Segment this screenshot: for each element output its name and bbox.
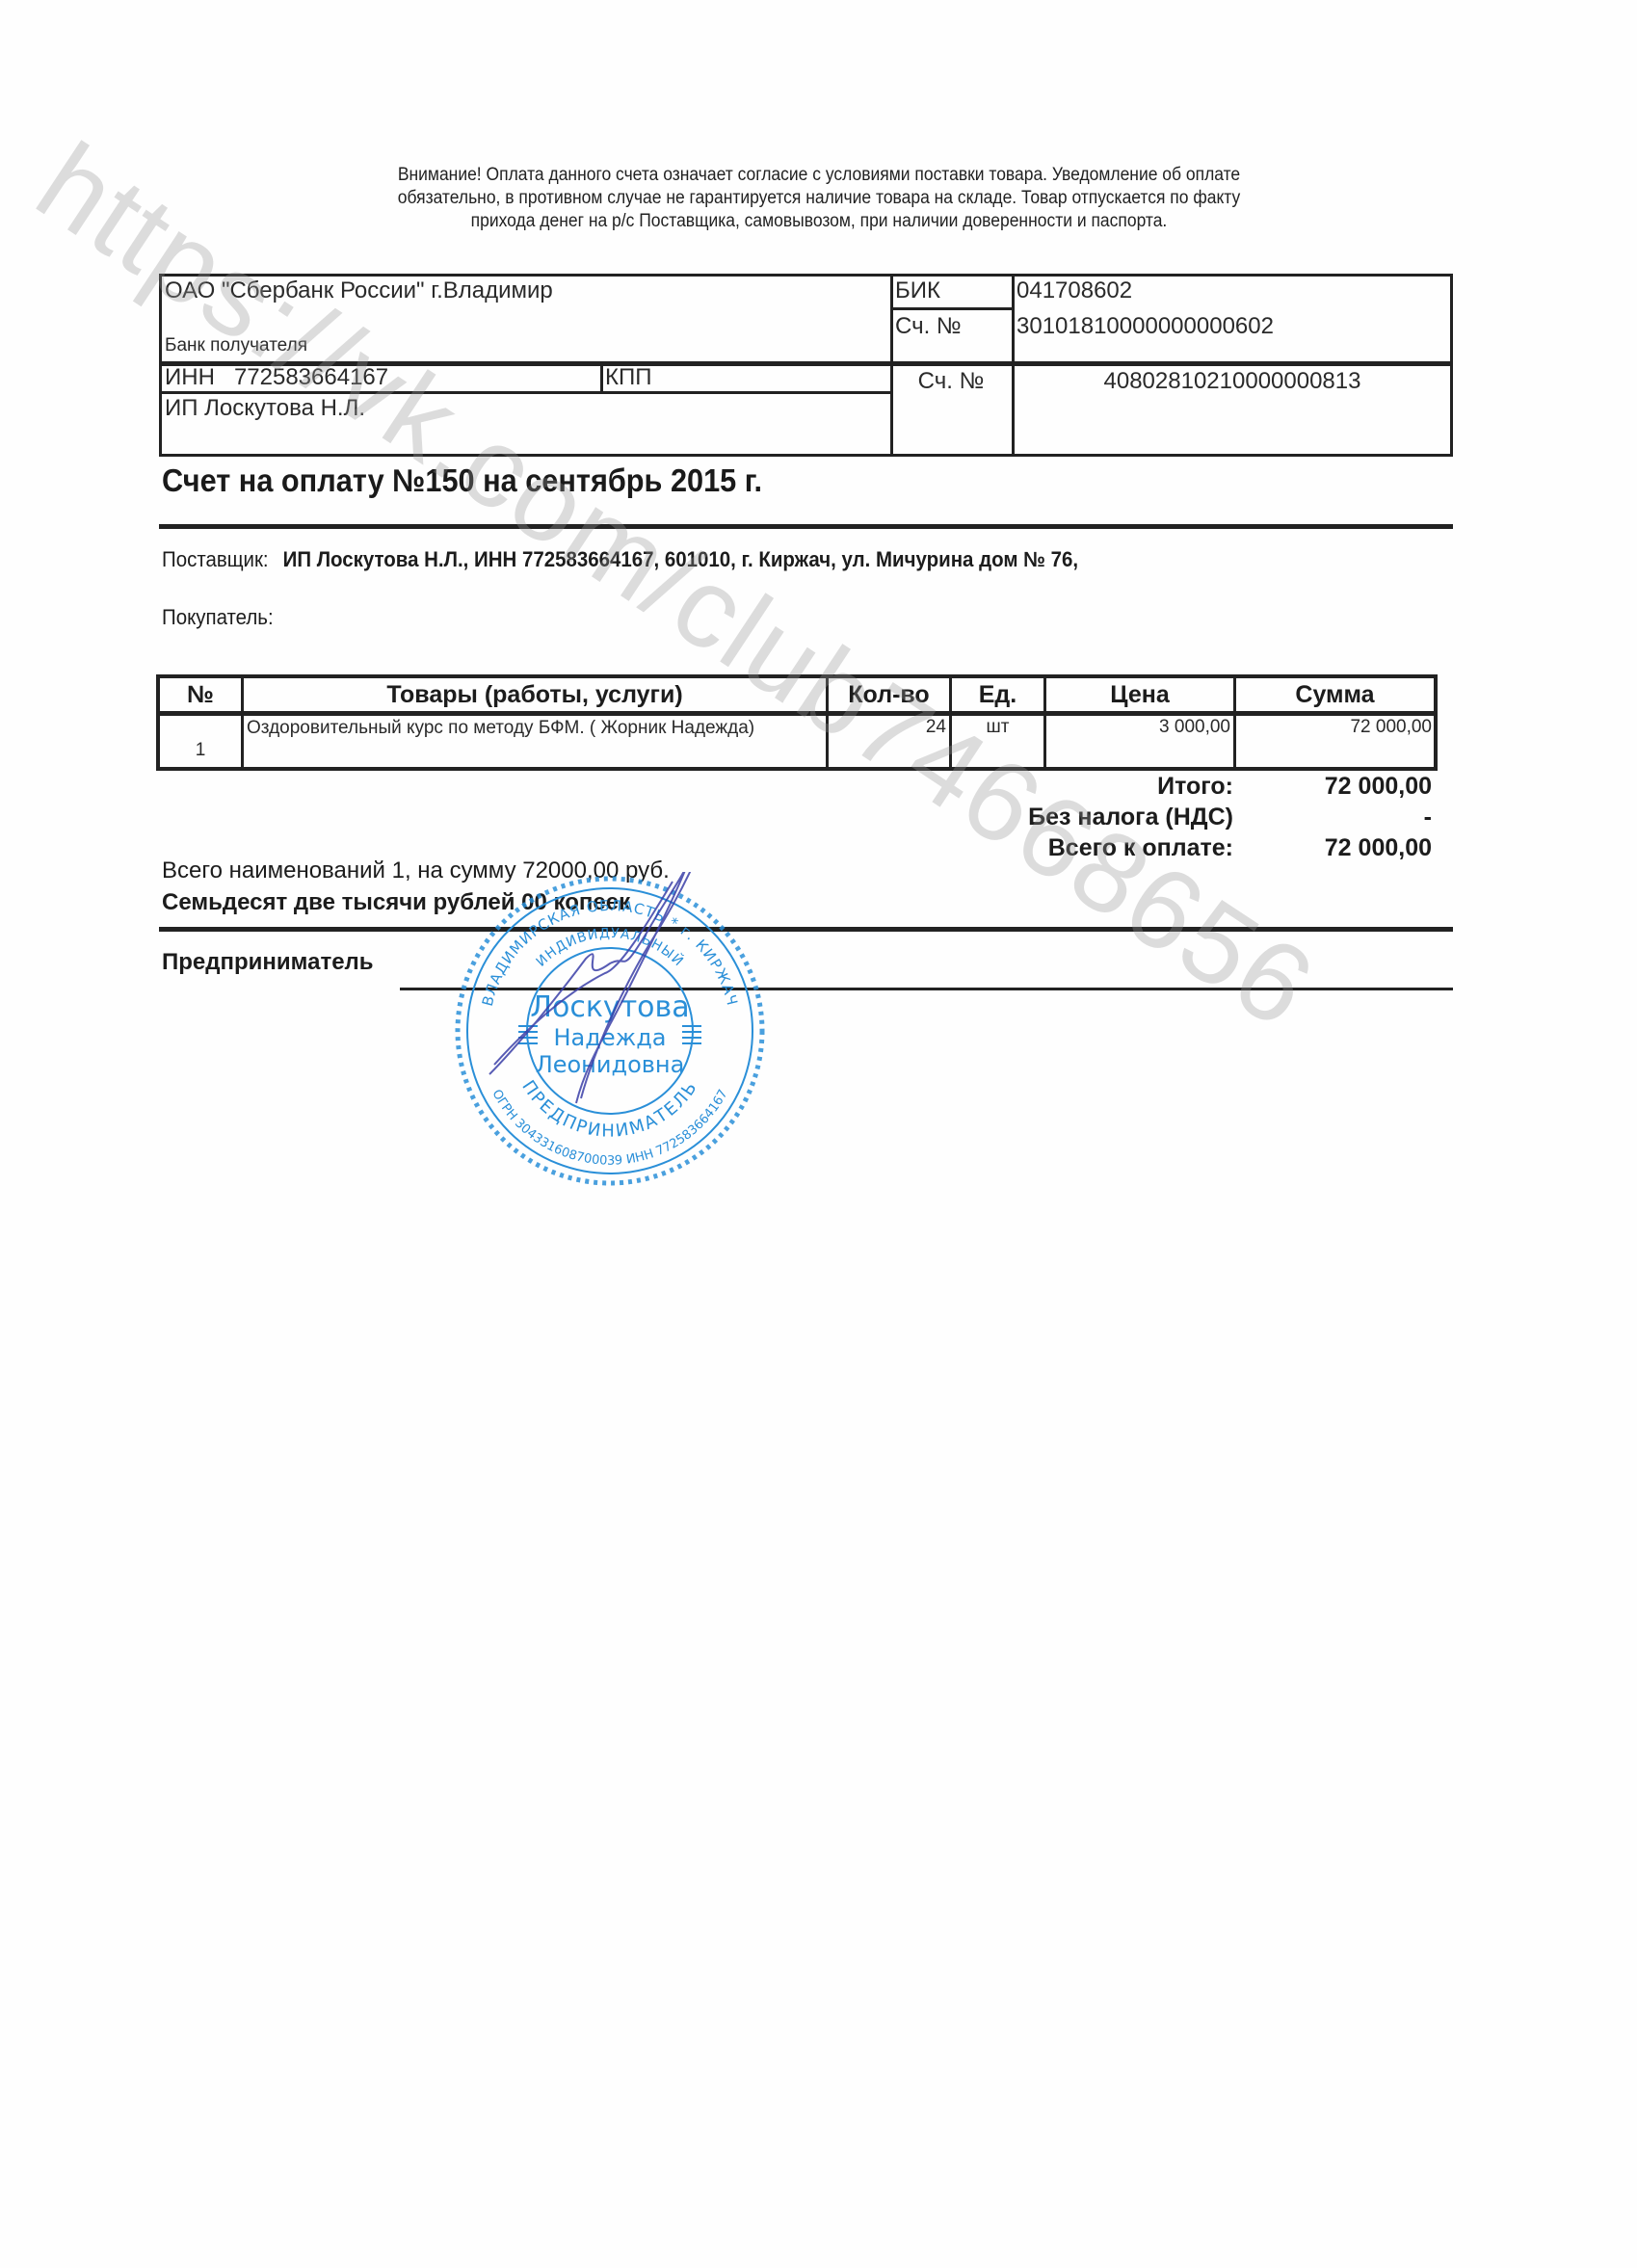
supplier-line: Поставщик: ИП Лоскутова Н.Л., ИНН 772583… (162, 547, 1078, 572)
recipient-name: ИП Лоскутова Н.Л. (165, 395, 365, 422)
col-header-qty: Кол-во (829, 678, 949, 711)
buyer-line: Покупатель: (162, 605, 274, 630)
amount-in-words: Семьдесят две тысячи рублей 00 копеек (162, 889, 630, 916)
svg-text:Леонидовна: Леонидовна (536, 1051, 685, 1078)
row-qty: 24 (829, 715, 946, 769)
svg-text:Надежда: Надежда (553, 1024, 666, 1051)
bik-value: 041708602 (1017, 277, 1132, 304)
account-label: Сч. № (890, 368, 1012, 395)
col-header-price: Цена (1046, 678, 1233, 711)
bank-details-table: ОАО "Сбербанк России" г.Владимир Банк по… (159, 274, 1453, 457)
bank-name: ОАО "Сбербанк России" г.Владимир (165, 277, 553, 304)
divider (600, 365, 603, 394)
bank-caption: Банк получателя (165, 332, 307, 359)
supplier-label: Поставщик: (162, 547, 269, 571)
row-num: 1 (160, 715, 241, 769)
bik-label: БИК (895, 277, 940, 304)
vat-label: Без налога (НДС) (1028, 802, 1233, 832)
due-label: Всего к оплате: (1048, 832, 1233, 863)
col-header-num: № (160, 678, 241, 711)
totals-values: 72 000,00 - 72 000,00 (1243, 771, 1432, 867)
title-underline (159, 524, 1453, 529)
account-value: 40802810210000000813 (1015, 368, 1450, 395)
kpp-field: КПП (605, 364, 651, 391)
inn-label: ИНН (165, 364, 215, 390)
payment-notice: Внимание! Оплата данного счета означает … (287, 164, 1351, 233)
corr-account-value: 30101810000000000602 (1017, 313, 1274, 340)
col-header-goods: Товары (работы, услуги) (244, 678, 826, 711)
buyer-label: Покупатель: (162, 605, 274, 629)
row-unit: шт (952, 715, 1043, 769)
vat-value: - (1424, 802, 1432, 832)
items-summary: Всего наименований 1, на сумму 72000,00 … (162, 857, 670, 884)
divider (162, 391, 890, 394)
svg-text:ИНДИВИДУАЛЬНЫЙ: ИНДИВИДУАЛЬНЫЙ (534, 926, 688, 970)
svg-text:ПРЕДПРИНИМАТЕЛЬ: ПРЕДПРИНИМАТЕЛЬ (517, 1077, 701, 1142)
total-label: Итого: (1157, 771, 1233, 802)
notice-line-3: прихода денег на р/с Поставщика, самовыв… (287, 210, 1351, 233)
totals-labels: Итого: Без налога (НДС) Всего к оплате: (867, 771, 1233, 867)
kpp-label: КПП (605, 364, 651, 390)
inn-value: 772583664167 (234, 364, 388, 390)
notice-line-1: Внимание! Оплата данного счета означает … (287, 164, 1351, 187)
stamp-outer-border (458, 879, 762, 1183)
items-table: № Товары (работы, услуги) Кол-во Ед. Цен… (156, 674, 1438, 771)
supplier-value: ИП Лоскутова Н.Л., ИНН 772583664167, 601… (283, 547, 1078, 571)
col-header-unit: Ед. (952, 678, 1043, 711)
signature-label: Предприниматель (162, 949, 374, 976)
corr-account-label: Сч. № (895, 313, 962, 340)
total-value: 72 000,00 (1325, 771, 1432, 802)
svg-text:ОГРН 304331608700039 ИНН 77258: ОГРН 304331608700039 ИНН 772583664167 (488, 1088, 730, 1169)
inn-field: ИНН 772583664167 (165, 364, 388, 391)
invoice-title: Счет на оплату №150 на сентябрь 2015 г. (162, 462, 762, 499)
due-value: 72 000,00 (1325, 832, 1432, 863)
row-name: Оздоровительный курс по методу БФМ. ( Жо… (247, 715, 786, 769)
row-sum: 72 000,00 (1236, 715, 1432, 769)
words-underline (159, 927, 1453, 932)
divider (890, 307, 1012, 310)
col-header-sum: Сумма (1236, 678, 1434, 711)
svg-text:Лоскутова: Лоскутова (530, 990, 689, 1024)
notice-line-2: обязательно, в противном случае не гаран… (287, 187, 1351, 210)
company-stamp: ВЛАДИМИРСКАЯ ОБЛАСТЬ * г. КИРЖАЧ ИНДИВИД… (451, 872, 769, 1190)
row-price: 3 000,00 (1046, 715, 1230, 769)
signature-line (400, 988, 1453, 990)
